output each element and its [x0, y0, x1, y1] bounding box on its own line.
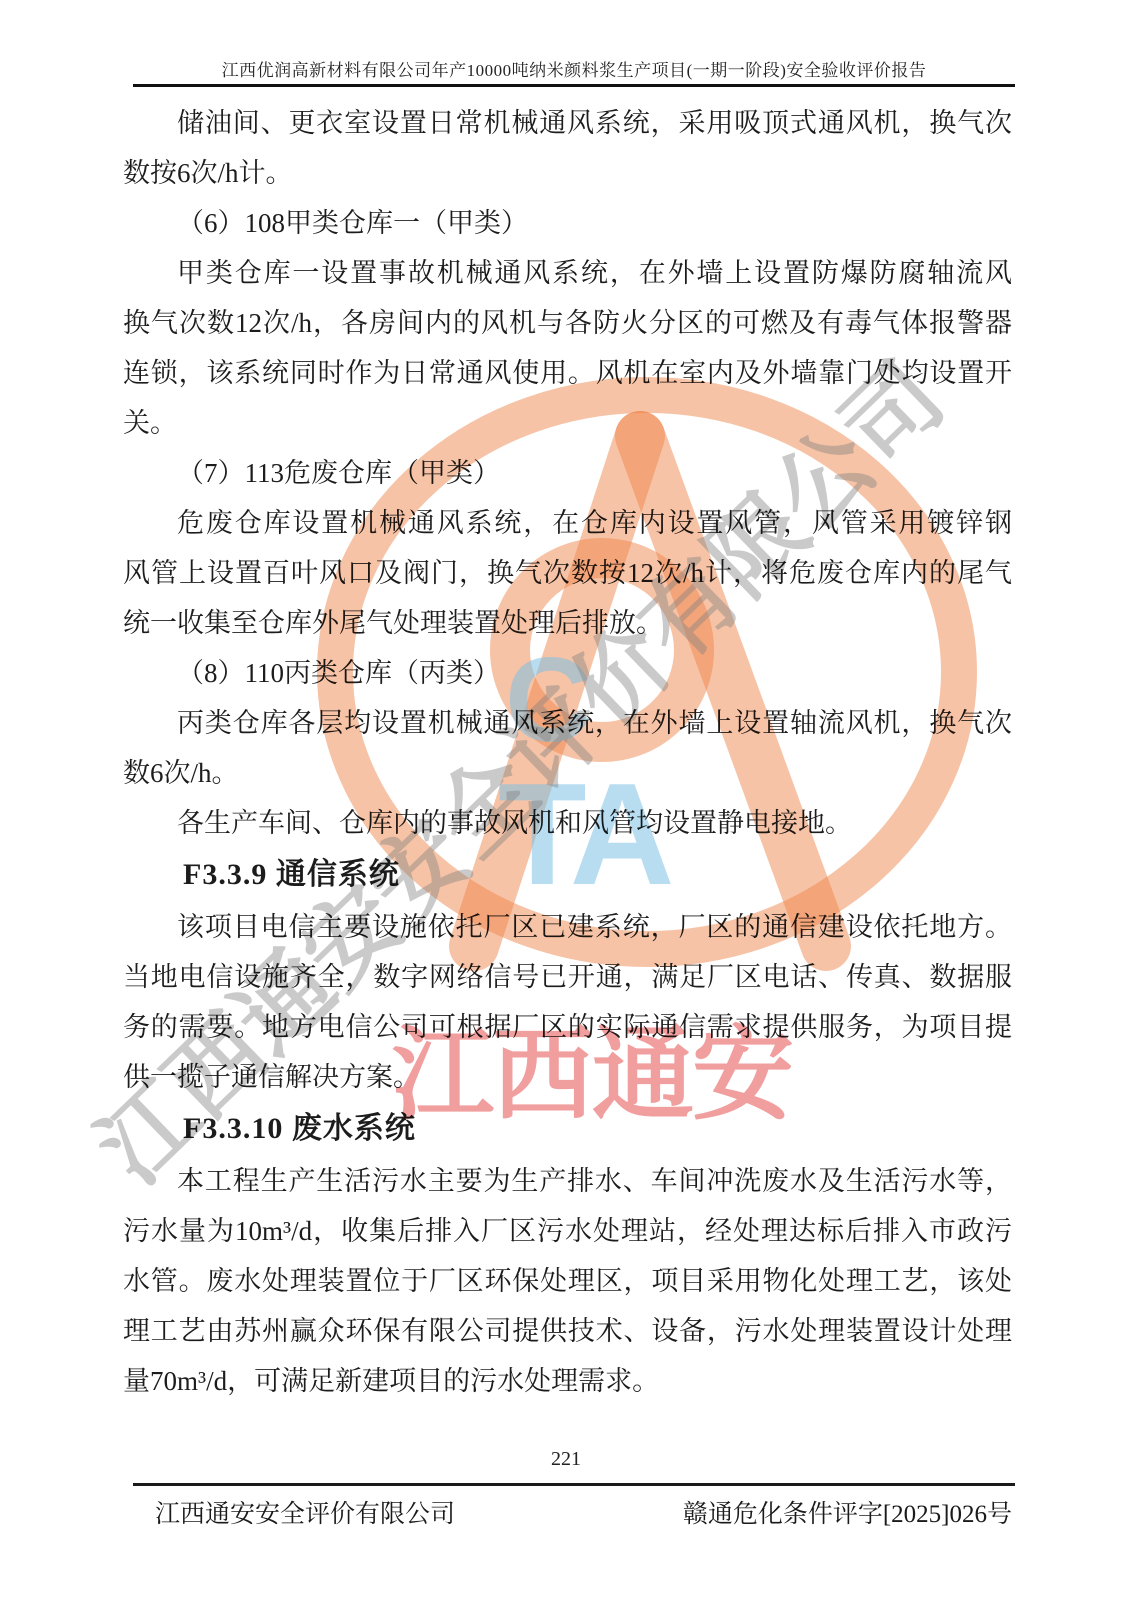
- header-title: 江西优润高新材料有限公司年产10000吨纳米颜料浆生产项目(一期一阶段)安全验收…: [133, 56, 1015, 81]
- text-line: （6）108甲类仓库一（甲类）: [123, 198, 1012, 248]
- footer-company: 江西通安安全评价有限公司: [155, 1494, 455, 1530]
- text-line: 量70m³/d，可满足新建项目的污水处理需求。: [123, 1356, 1012, 1406]
- header-rule: [133, 84, 1015, 87]
- text-line: 关。: [123, 398, 1012, 448]
- text-line: 危废仓库设置机械通风系统，在仓库内设置风管，风管采用镀锌钢板，: [123, 498, 1012, 548]
- footer-rule: [133, 1483, 1015, 1486]
- text-line: 连锁，该系统同时作为日常通风使用。风机在室内及外墙靠门处均设置开: [123, 348, 1012, 398]
- text-line: 水管。废水处理装置位于厂区环保处理区，项目采用物化处理工艺，该处: [123, 1256, 1012, 1306]
- document-page: 江西优润高新材料有限公司年产10000吨纳米颜料浆生产项目(一期一阶段)安全验收…: [0, 0, 1132, 1600]
- text-line: 本工程生产生活污水主要为生产排水、车间冲洗废水及生活污水等，: [123, 1156, 1012, 1206]
- text-line: 供一揽子通信解决方案。: [123, 1052, 1012, 1102]
- text-line: 该项目电信主要设施依托厂区已建系统，厂区的通信建设依托地方。: [123, 902, 1012, 952]
- text-line: 风管上设置百叶风口及阀门，换气次数按12次/h计，将危废仓库内的尾气: [123, 548, 1012, 598]
- text-line: 理工艺由苏州赢众环保有限公司提供技术、设备，污水处理装置设计处理: [123, 1306, 1012, 1356]
- text-line: 数按6次/h计。: [123, 148, 1012, 198]
- text-line: 数6次/h。: [123, 748, 1012, 798]
- text-line: 各生产车间、仓库内的事故风机和风管均设置静电接地。: [123, 798, 1012, 848]
- text-line: 务的需要。地方电信公司可根据厂区的实际通信需求提供服务，为项目提: [123, 1002, 1012, 1052]
- text-line: 甲类仓库一设置事故机械通风系统，在外墙上设置防爆防腐轴流风机，: [123, 248, 1012, 298]
- footer-doc-number: 赣通危化条件评字[2025]026号: [683, 1494, 1012, 1530]
- section-heading: F3.3.9 通信系统: [123, 848, 1012, 902]
- section-heading: F3.3.10 废水系统: [123, 1102, 1012, 1156]
- text-line: （8）110丙类仓库（丙类）: [123, 648, 1012, 698]
- text-line: 换气次数12次/h，各房间内的风机与各防火分区的可燃及有毒气体报警器: [123, 298, 1012, 348]
- document-body: 储油间、更衣室设置日常机械通风系统，采用吸顶式通风机，换气次数按6次/h计。（6…: [123, 98, 1012, 1406]
- text-line: 统一收集至仓库外尾气处理装置处理后排放。: [123, 598, 1012, 648]
- text-line: 污水量为10m³/d，收集后排入厂区污水处理站，经处理达标后排入市政污: [123, 1206, 1012, 1256]
- page-footer: 江西通安安全评价有限公司 赣通危化条件评字[2025]026号: [155, 1494, 1012, 1530]
- text-line: 当地电信设施齐全，数字网络信号已开通，满足厂区电话、传真、数据服: [123, 952, 1012, 1002]
- text-line: 储油间、更衣室设置日常机械通风系统，采用吸顶式通风机，换气次: [123, 98, 1012, 148]
- text-line: 丙类仓库各层均设置机械通风系统，在外墙上设置轴流风机，换气次: [123, 698, 1012, 748]
- page-number: 221: [0, 1448, 1132, 1471]
- text-line: （7）113危废仓库（甲类）: [123, 448, 1012, 498]
